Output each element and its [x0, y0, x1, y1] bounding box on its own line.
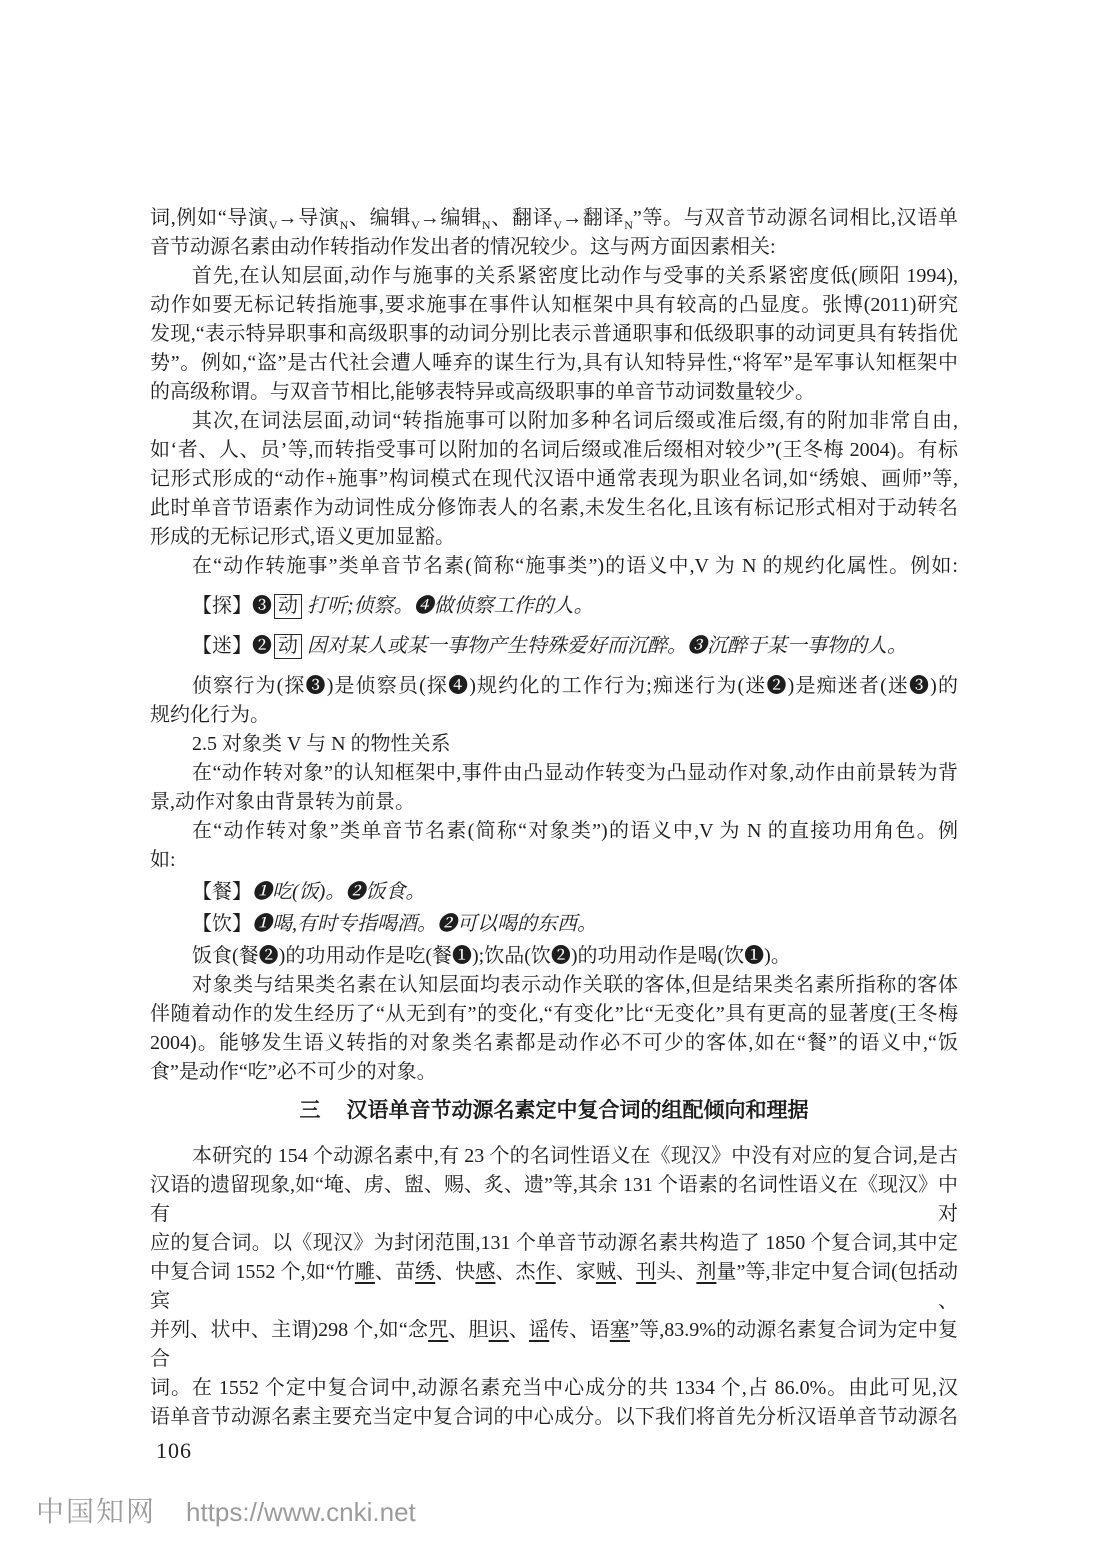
pos-box: 动 [274, 594, 302, 619]
body-line: 景,动作对象由背景转为前景。 [150, 788, 958, 817]
body-line: 在“动作转对象”类单音节名素(简称“对象类”)的语义中,V 为 N 的直接功用角… [150, 817, 958, 846]
entry-sense-number: ❷ [252, 635, 272, 657]
paragraph: 其次,在词法层面,动词“转指施事可以附加多种名词后缀或准后缀,有的附加非常自由,… [150, 407, 958, 552]
paragraph: 侦察行为(探❸)是侦察员(探❹)规约化的工作行为;痴迷行为(迷❷)是痴迷者(迷❸… [150, 672, 958, 730]
body-line: 应的复合词。以《现汉》为封闭范围,131 个单音节动源名素共构造了 1850 个… [150, 1229, 958, 1258]
body-line: 饭食(餐❷)的功用动作是吃(餐❶);饮品(饮❷)的功用动作是喝(饮❶)。 [150, 942, 958, 971]
body-line: 动作如要无标记转指施事,要求施事在事件认知框架中具有较高的凸显度。张博(2011… [150, 291, 958, 320]
body-line: 形成的无标记形式,语义更加显豁。 [150, 523, 958, 552]
body-line: 如‘者、人、员’等,而转指受事可以附加的名词后缀或准后缀相对较少”(王冬梅 20… [150, 436, 958, 465]
body-line: 如: [150, 846, 958, 875]
entry-definition: 因对某人或某一事物产生特殊爱好而沉醉。❸沉醉于某一事物的人。 [307, 635, 907, 657]
paragraph: 在“动作转对象”的认知框架中,事件由凸显动作转变为凸显动作对象,动作由前景转为背… [150, 759, 958, 817]
cnki-footer: 中国知网 https://www.cnki.net [36, 1490, 416, 1530]
body-line: 的高级称谓。与双音节相比,能够表特异或高级职事的单音节动词数量较少。 [150, 378, 958, 407]
body-line: 食”是动作“吃”必不可少的对象。 [150, 1058, 958, 1087]
body-line: 汉语的遗留现象,如“埯、虏、盥、赐、炙、遗”等,其余 131 个语素的名词性语义… [150, 1171, 958, 1229]
subsection-heading: 2.5 对象类 V 与 N 的物性关系 [150, 730, 958, 759]
entry-definition: 打听;侦察。❹做侦察工作的人。 [307, 595, 594, 617]
body-line: 本研究的 154 个动源名素中,有 23 个的名词性语义在《现汉》中没有对应的复… [150, 1142, 958, 1171]
section-number: 三 [300, 1098, 321, 1122]
body-line: 在“动作转施事”类单音节名素(简称“施事类”)的语义中,V 为 N 的规约化属性… [150, 552, 958, 581]
page-number: 106 [150, 1436, 958, 1465]
entry-definition: ❶喝,有时专指喝酒。❷可以喝的东西。 [252, 913, 597, 935]
body-line: 伴随着动作的发生经历了“从无到有”的变化,“有变化”比“无变化”具有更高的显著度… [150, 1000, 958, 1029]
body-line: 对象类与结果类名素在认知层面均表示动作关联的客体,但是结果类名素所指称的客体 [150, 971, 958, 1000]
dict-entry: 【探】❸动打听;侦察。❹做侦察工作的人。 [150, 592, 958, 621]
body-line: 音节动源名素由动作转指动作发出者的情况较少。这与两方面因素相关: [150, 233, 958, 262]
body-line: 语单音节动源名素主要充当定中复合词的中心成分。以下我们将首先分析汉语单音节动源名 [150, 1403, 958, 1432]
body-line: 侦察行为(探❸)是侦察员(探❹)规约化的工作行为;痴迷行为(迷❷)是痴迷者(迷❸… [150, 672, 958, 701]
paragraph: 对象类与结果类名素在认知层面均表示动作关联的客体,但是结果类名素所指称的客体 伴… [150, 971, 958, 1087]
body-line: 其次,在词法层面,动词“转指施事可以附加多种名词后缀或准后缀,有的附加非常自由, [150, 407, 958, 436]
section-title: 汉语单音节动源名素定中复合词的组配倾向和理据 [347, 1098, 809, 1122]
section-heading: 三汉语单音节动源名素定中复合词的组配倾向和理据 [150, 1096, 958, 1125]
body-line: 首先,在认知层面,动作与施事的关系紧密度比动作与受事的关系紧密度低(顾阳 199… [150, 262, 958, 291]
paragraph: 在“动作转对象”类单音节名素(简称“对象类”)的语义中,V 为 N 的直接功用角… [150, 817, 958, 875]
body-line: 势”。例如,“盗”是古代社会遭人唾弃的谋生行为,具有认知特异性,“将军”是军事认… [150, 349, 958, 378]
body-line: 规约化行为。 [150, 701, 958, 730]
body-line: 中复合词 1552 个,如“竹雕、苗绣、快感、杰作、家贼、刊头、剂量”等,非定中… [150, 1258, 958, 1316]
entry-definition: ❶吃(饭)。❷饭食。 [252, 881, 425, 903]
cnki-url: https://www.cnki.net [186, 1497, 416, 1528]
body-line: 并列、状中、主谓)298 个,如“念咒、胆识、谣传、语塞”等,83.9%的动源名… [150, 1316, 958, 1374]
entry-headword: 【餐】 [192, 881, 252, 903]
document-body: 词,例如“导演V→导演N、编辑V→编辑N、翻译V→翻译N”等。与双音节动源名词相… [150, 204, 958, 1465]
paragraph: 本研究的 154 个动源名素中,有 23 个的名词性语义在《现汉》中没有对应的复… [150, 1142, 958, 1432]
body-line: 2004)。能够发生语义转指的对象类名素都是动作必不可少的客体,如在“餐”的语义… [150, 1029, 958, 1058]
entry-headword: 【饮】 [192, 913, 252, 935]
pos-box: 动 [274, 634, 302, 659]
body-line: 在“动作转对象”的认知框架中,事件由凸显动作转变为凸显动作对象,动作由前景转为背 [150, 759, 958, 788]
body-line: 记形式形成的“动作+施事”构词模式在现代汉语中通常表现为职业名词,如“绣娘、画师… [150, 465, 958, 494]
dict-entry: 【餐】❶吃(饭)。❷饭食。 [150, 878, 958, 907]
body-line: 词,例如“导演V→导演N、编辑V→编辑N、翻译V→翻译N”等。与双音节动源名词相… [150, 204, 958, 233]
paragraph: 词,例如“导演V→导演N、编辑V→编辑N、翻译V→翻译N”等。与双音节动源名词相… [150, 204, 958, 262]
dict-entry: 【迷】❷动因对某人或某一事物产生特殊爱好而沉醉。❸沉醉于某一事物的人。 [150, 632, 958, 661]
body-line: 发现,“表示特异职事和高级职事的动词分别比表示普通职事和低级职事的动词更具有转指… [150, 320, 958, 349]
entry-headword: 【探】 [192, 595, 252, 617]
body-line: 词。在 1552 个定中复合词中,动源名素充当中心成分的共 1334 个,占 8… [150, 1374, 958, 1403]
entry-headword: 【迷】 [192, 635, 252, 657]
cnki-logo-text: 中国知网 [36, 1490, 156, 1530]
dict-entry: 【饮】❶喝,有时专指喝酒。❷可以喝的东西。 [150, 910, 958, 939]
body-line: 此时单音节语素作为动词性成分修饰表人的名素,未发生名化,且该有标记形式相对于动转… [150, 494, 958, 523]
entry-sense-number: ❸ [252, 595, 272, 617]
paragraph: 首先,在认知层面,动作与施事的关系紧密度比动作与受事的关系紧密度低(顾阳 199… [150, 262, 958, 407]
page: 词,例如“导演V→导演N、编辑V→编辑N、翻译V→翻译N”等。与双音节动源名词相… [0, 0, 1102, 1559]
